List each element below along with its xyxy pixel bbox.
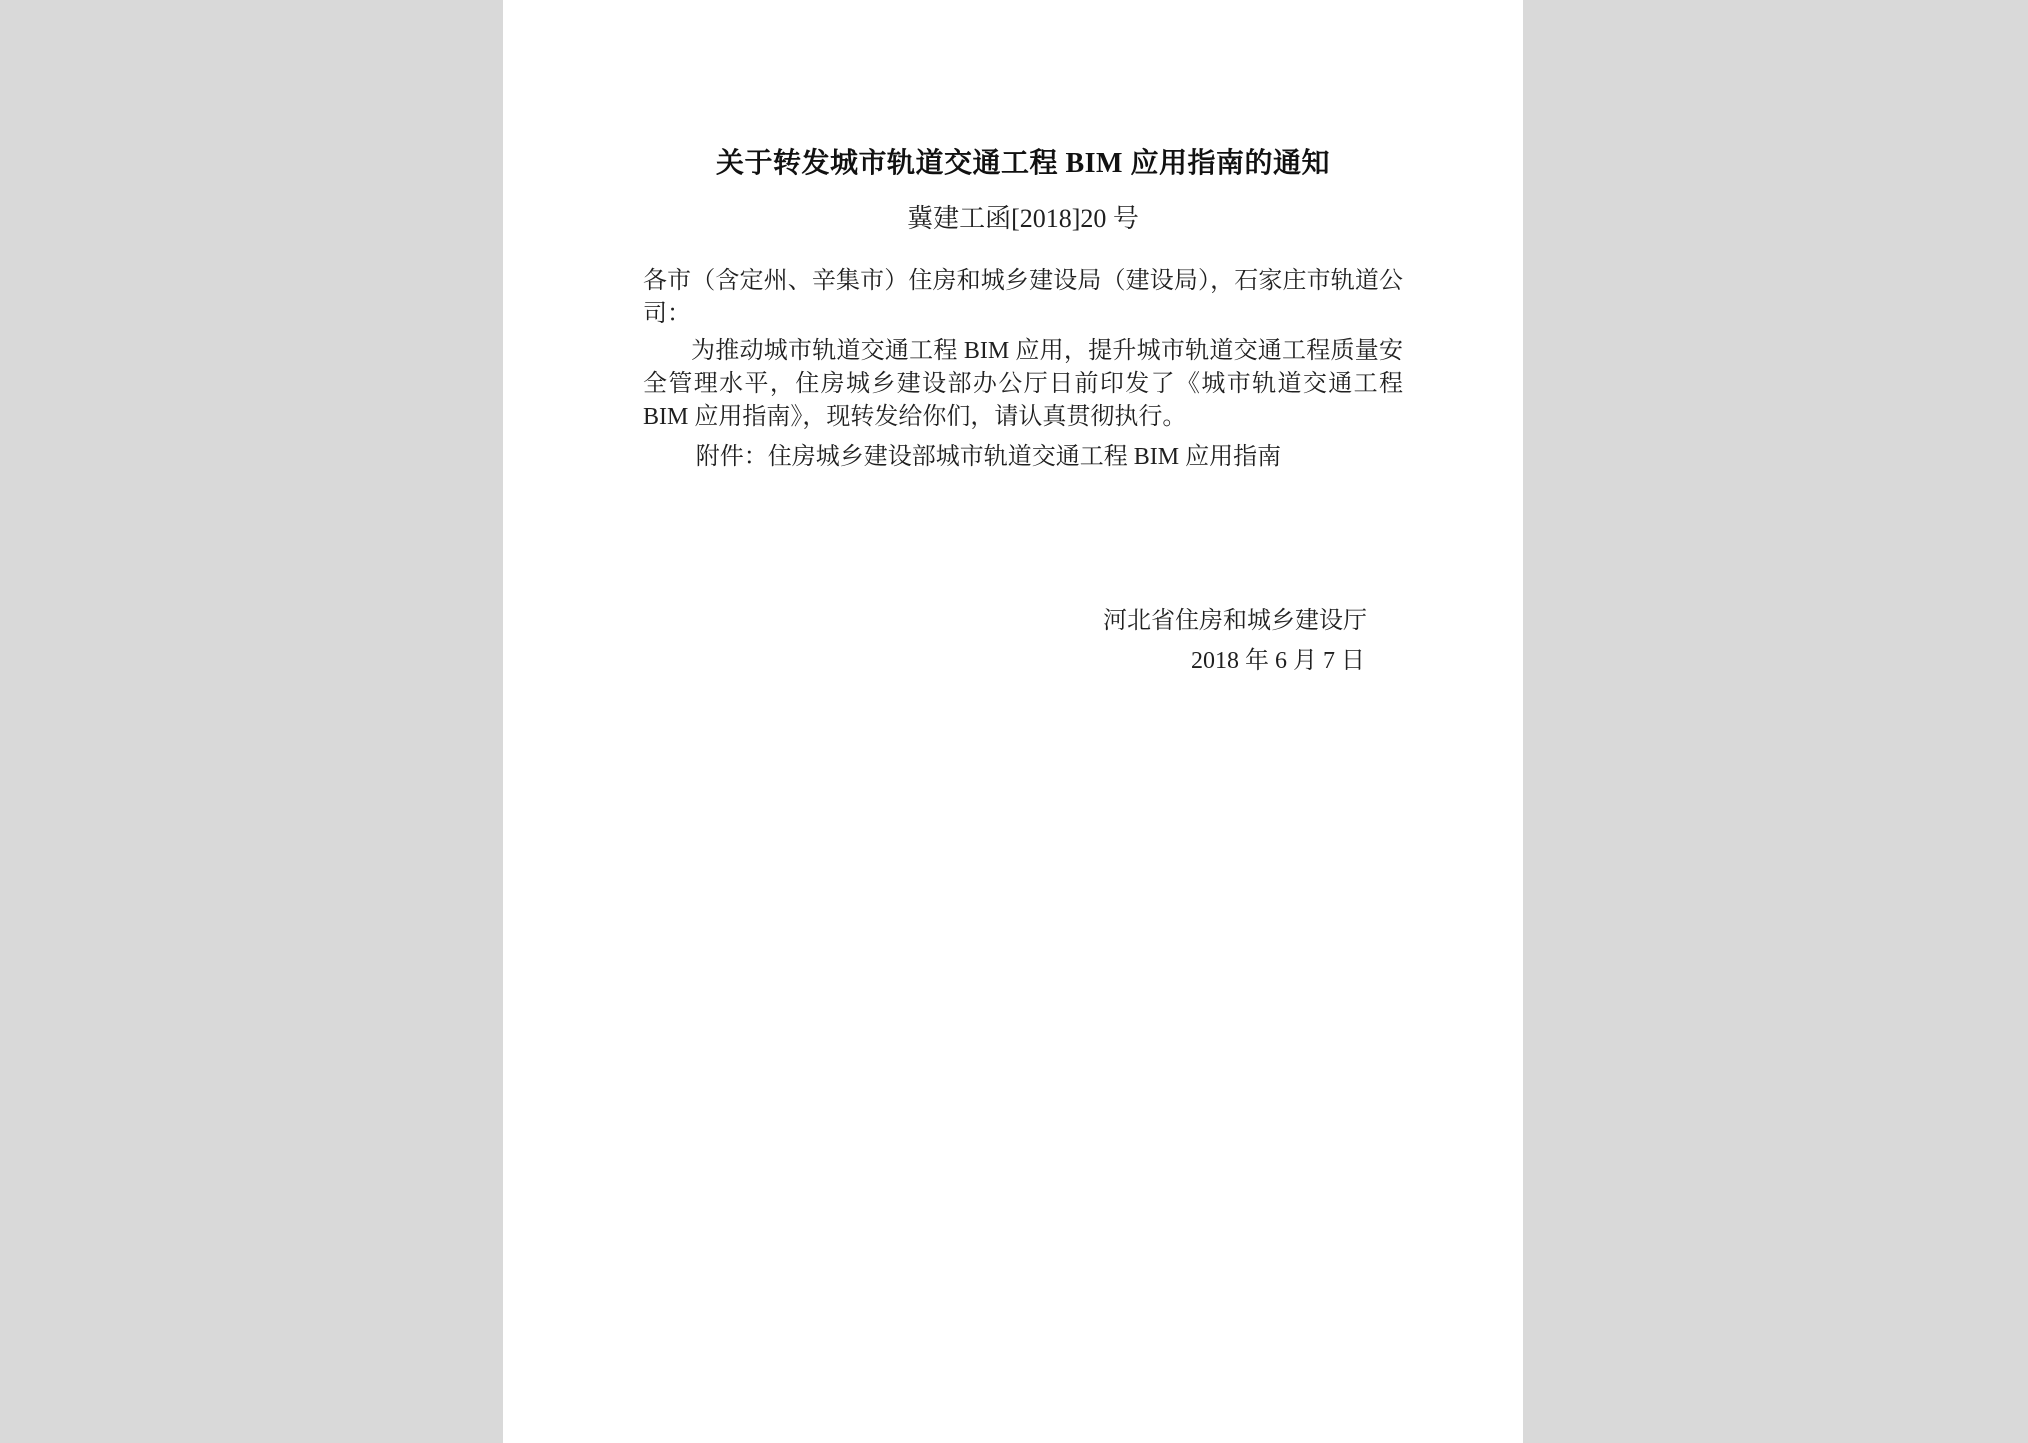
salutation-paragraph: 各市（含定州、辛集市）住房和城乡建设局（建设局），石家庄市轨道公司： bbox=[643, 265, 1403, 331]
body-paragraph: 为推动城市轨道交通工程 BIM 应用，提升城市轨道交通工程质量安全管理水平，住房… bbox=[643, 335, 1403, 434]
page-background: { "page": { "background_color": "#d9d9d9… bbox=[0, 0, 2028, 1443]
notice-title: 关于转发城市轨道交通工程 BIM 应用指南的通知 bbox=[643, 146, 1403, 182]
document-paper: 关于转发城市轨道交通工程 BIM 应用指南的通知 冀建工函[2018]20 号 … bbox=[503, 0, 1523, 1443]
doc-number: 冀建工函[2018]20 号 bbox=[643, 203, 1403, 235]
signature-block: 河北省住房和城乡建设厅 2018 年 6 月 7 日 bbox=[643, 601, 1403, 681]
attachment-line: 附件：住房城乡建设部城市轨道交通工程 BIM 应用指南 bbox=[643, 441, 1403, 474]
issuer-signature: 河北省住房和城乡建设厅 bbox=[643, 601, 1367, 641]
notice-body: 各市（含定州、辛集市）住房和城乡建设局（建设局），石家庄市轨道公司： 为推动城市… bbox=[643, 265, 1403, 474]
issue-date: 2018 年 6 月 7 日 bbox=[643, 641, 1367, 681]
